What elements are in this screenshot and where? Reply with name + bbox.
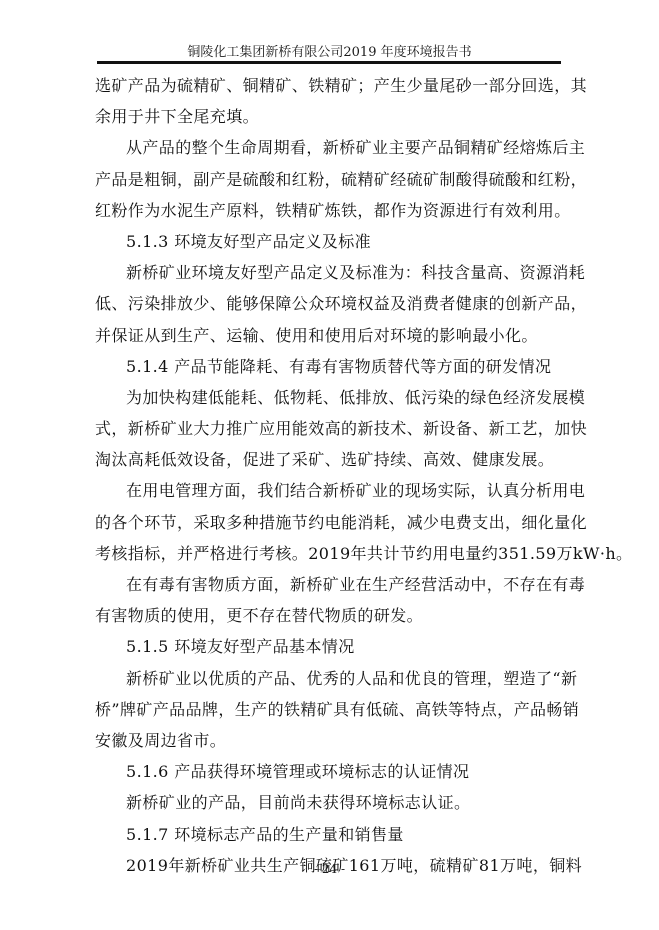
paragraph-line: 新桥矿业环境友好型产品定义及标准为：科技含量高、资源消耗 <box>95 257 561 288</box>
section-heading-5-1-3: 5.1.3 环境友好型产品定义及标准 <box>95 226 561 257</box>
paragraph-line: 式，新桥矿业大力推广应用能效高的新技术、新设备、新工艺，加快 <box>95 413 561 444</box>
paragraph-line: 在有毒有害物质方面，新桥矿业在生产经营活动中，不存在有毒 <box>95 569 561 600</box>
paragraph-line: 选矿产品为硫精矿、铜精矿、铁精矿；产生少量尾砂一部分回选，其 <box>95 70 561 101</box>
paragraph-line: 考核指标，并严格进行考核。2019年共计节约用电量约351.59万kW·h。 <box>95 538 561 569</box>
paragraph-line: 并保证从到生产、运输、使用和使用后对环境的影响最小化。 <box>95 320 561 351</box>
paragraph-line: 有害物质的使用，更不存在替代物质的研发。 <box>95 600 561 631</box>
paragraph-line: 产品是粗铜，副产是硫酸和红粉，硫精矿经硫矿制酸得硫酸和红粉， <box>95 164 561 195</box>
paragraph-line: 余用于井下全尾充填。 <box>95 101 561 132</box>
document-body: 选矿产品为硫精矿、铜精矿、铁精矿；产生少量尾砂一部分回选，其 余用于井下全尾充填… <box>95 70 561 881</box>
section-heading-5-1-6: 5.1.6 产品获得环境管理或环境标志的认证情况 <box>95 756 561 787</box>
paragraph-line: 在用电管理方面，我们结合新桥矿业的现场实际，认真分析用电 <box>95 475 561 506</box>
section-heading-5-1-7: 5.1.7 环境标志产品的生产量和销售量 <box>95 819 561 850</box>
paragraph-line: 新桥矿业的产品，目前尚未获得环境标志认证。 <box>95 787 561 818</box>
paragraph-line: 新桥矿业以优质的产品、优秀的人品和优良的管理，塑造了“新 <box>95 663 561 694</box>
header-divider <box>97 61 561 64</box>
paragraph-line: 淘汰高耗低效设备，促进了采矿、选矿持续、高效、健康发展。 <box>95 444 561 475</box>
paragraph-line: 低、污染排放少、能够保障公众环境权益及消费者健康的创新产品， <box>95 288 561 319</box>
section-heading-5-1-4: 5.1.4 产品节能降耗、有毒有害物质替代等方面的研发情况 <box>95 351 561 382</box>
paragraph-line: 为加快构建低能耗、低物耗、低排放、低污染的绿色经济发展模 <box>95 382 561 413</box>
page-number: - 24 - <box>0 862 659 876</box>
paragraph-line: 桥”牌矿产品品牌，生产的铁精矿具有低硫、高铁等特点，产品畅销 <box>95 694 561 725</box>
paragraph-line: 红粉作为水泥生产原料，铁精矿炼铁，都作为资源进行有效利用。 <box>95 195 561 226</box>
paragraph-line: 的各个环节，采取多种措施节约电能消耗，减少电费支出，细化量化 <box>95 507 561 538</box>
paragraph-line: 从产品的整个生命周期看，新桥矿业主要产品铜精矿经熔炼后主 <box>95 132 561 163</box>
section-heading-5-1-5: 5.1.5 环境友好型产品基本情况 <box>95 631 561 662</box>
page-header-title: 铜陵化工集团新桥有限公司2019 年度环境报告书 <box>0 41 659 60</box>
paragraph-line: 安徽及周边省市。 <box>95 725 561 756</box>
